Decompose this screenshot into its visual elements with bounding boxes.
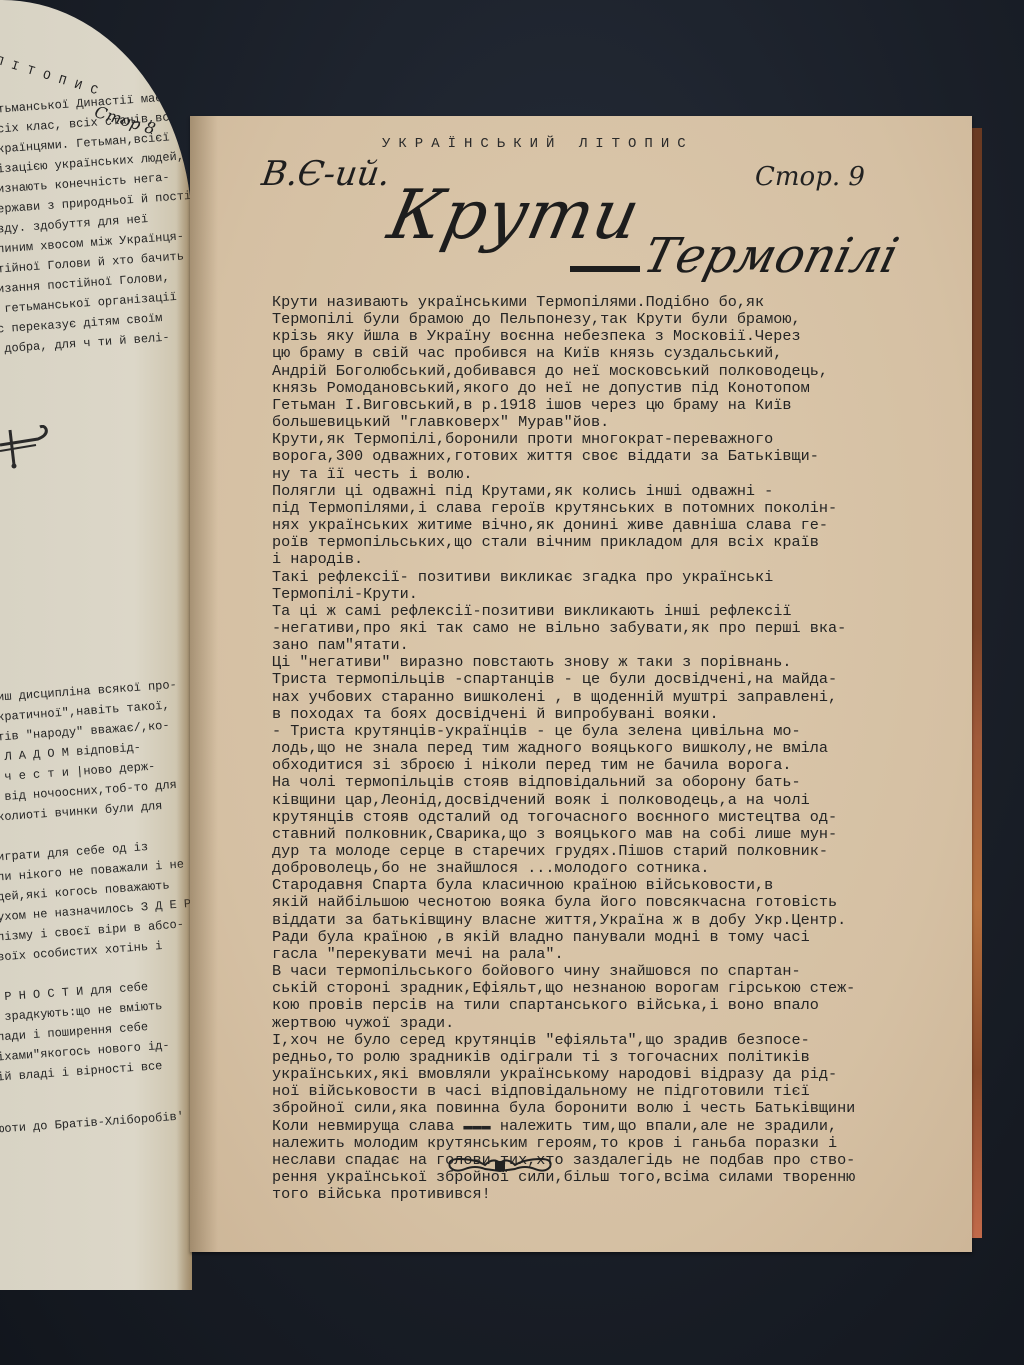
paragraph: Полягли ці одважні під Крутами,як колись… (272, 483, 952, 569)
left-page-middle-text: лиш дисципліна всякої про- ократичної",н… (0, 688, 190, 1088)
book-page-edge (972, 128, 982, 1238)
article-body: Крути називають українськими Термопілями… (272, 294, 952, 1203)
left-page: ЛІТОПИС Стор 8 етьманської Династії має … (0, 0, 192, 1290)
ornament-flourish-icon (445, 1153, 555, 1177)
paragraph: На чолі термопільців стояв відповідальни… (272, 774, 952, 877)
paragraph: Крути називають українськими Термопілями… (272, 294, 952, 431)
headline-sub: Термопілі (638, 228, 904, 284)
headline-main: Крути (382, 176, 648, 255)
author-signature: В.Є-ий. (259, 154, 393, 194)
paragraph: І,хоч не було серед крутянців "ефіяльта"… (272, 1032, 952, 1204)
paragraph: Ці "негативи" виразно повстають знову ж … (272, 654, 952, 723)
paragraph: - Триста крутянців-українців - це була з… (272, 723, 952, 774)
paragraph: Та ці ж самі рефлексії-позитиви викликаю… (272, 603, 952, 654)
headline-dash (570, 266, 640, 272)
paragraph: Стародавня Спарта була класичною країною… (272, 877, 952, 963)
paragraph: В часи термопільського бойового чину зна… (272, 963, 952, 1032)
journal-title: УКРАЇНСЬКИЙ ЛІТОПИС (382, 136, 694, 152)
left-page-footer: Мюоти до Братів-Хліборобів' (0, 1120, 190, 1140)
page-number: Стор. 9 (755, 162, 865, 192)
right-page: УКРАЇНСЬКИЙ ЛІТОПИС В.Є-ий. Стор. 9 Крут… (190, 116, 972, 1252)
paragraph: Такі рефлексії- позитиви викликає згадка… (272, 569, 952, 603)
sword-icon (0, 425, 55, 470)
left-page-top-text: етьманської Династії має всіх клас, всіх… (0, 100, 190, 360)
paragraph: Крути,як Термопілі,боронили проти многок… (272, 431, 952, 482)
